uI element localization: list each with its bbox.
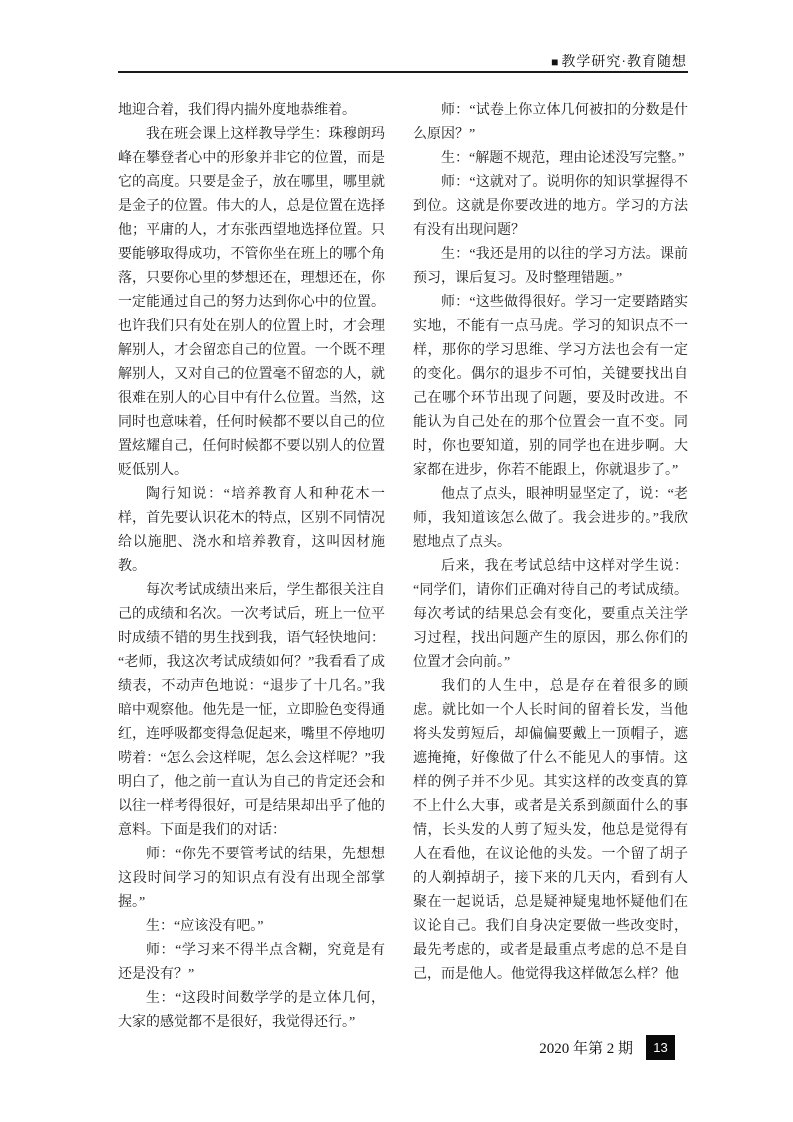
page-number-badge: 13 <box>646 1035 675 1060</box>
paragraph: 师：“这就对了。说明你的知识掌握得不到位。这就是你要改进的地方。学习的方法有没有… <box>413 171 688 243</box>
header-rule <box>118 71 688 73</box>
paragraph: 生：“应该没有吧。” <box>118 915 385 939</box>
text-column-right: 师：“试卷上你立体几何被扣的分数是什么原因？”生：“解题不规范，理由论述没写完整… <box>413 99 688 1035</box>
paragraph: 陶行知说：“培养教育人和种花木一样，首先要认识花木的特点，区别不同情况给以施肥、… <box>118 483 385 579</box>
document-page: ■教学研究·教育随想 地迎合着，我们得内揣外度地恭维着。我在班会课上这样教导学生… <box>0 0 793 1122</box>
paragraph: 生：“这段时间数学学的是立体几何，大家的感觉都不是很好，我觉得还行。” <box>118 987 385 1035</box>
paragraph: 师：“学习来不得半点含糊，究竟是有还是没有？” <box>118 939 385 987</box>
paragraph: 生：“解题不规范，理由论述没写完整。” <box>413 147 688 171</box>
text-column-left: 地迎合着，我们得内揣外度地恭维着。我在班会课上这样教导学生：珠穆朗玛峰在攀登者心… <box>118 99 385 1035</box>
section-header: ■教学研究·教育随想 <box>551 51 687 71</box>
paragraph: 我们的人生中，总是存在着很多的顾虑。就比如一个人长时间的留着长发，当他将头发剪短… <box>413 675 688 987</box>
paragraph: 生：“我还是用的以往的学习方法。课前预习，课后复习。及时整理错题。” <box>413 243 688 291</box>
article-body: 地迎合着，我们得内揣外度地恭维着。我在班会课上这样教导学生：珠穆朗玛峰在攀登者心… <box>118 99 688 1035</box>
paragraph: 地迎合着，我们得内揣外度地恭维着。 <box>118 99 385 123</box>
page-footer: 2020 年第 2 期 13 <box>539 1035 675 1060</box>
paragraph: 后来，我在考试总结中这样对学生说：“同学们，请你们正确对待自己的考试成绩。每次考… <box>413 555 688 675</box>
paragraph: 师：“这些做得很好。学习一定要踏踏实实地，不能有一点马虎。学习的知识点不一样，那… <box>413 291 688 483</box>
paragraph: 师：“试卷上你立体几何被扣的分数是什么原因？” <box>413 99 688 147</box>
section-marker-icon: ■ <box>551 55 559 69</box>
paragraph: 每次考试成绩出来后，学生都很关注自己的成绩和名次。一次考试后，班上一位平时成绩不… <box>118 579 385 843</box>
paragraph: 师：“你先不要管考试的结果，先想想这段时间学习的知识点有没有出现全部掌握。” <box>118 843 385 915</box>
paragraph: 我在班会课上这样教导学生：珠穆朗玛峰在攀登者心中的形象并非它的位置，而是它的高度… <box>118 123 385 483</box>
paragraph: 他点了点头，眼神明显坚定了，说：“老师，我知道该怎么做了。我会进步的。”我欣慰地… <box>413 483 688 555</box>
section-header-label: 教学研究·教育随想 <box>561 55 687 70</box>
issue-label: 2020 年第 2 期 <box>539 1037 633 1058</box>
